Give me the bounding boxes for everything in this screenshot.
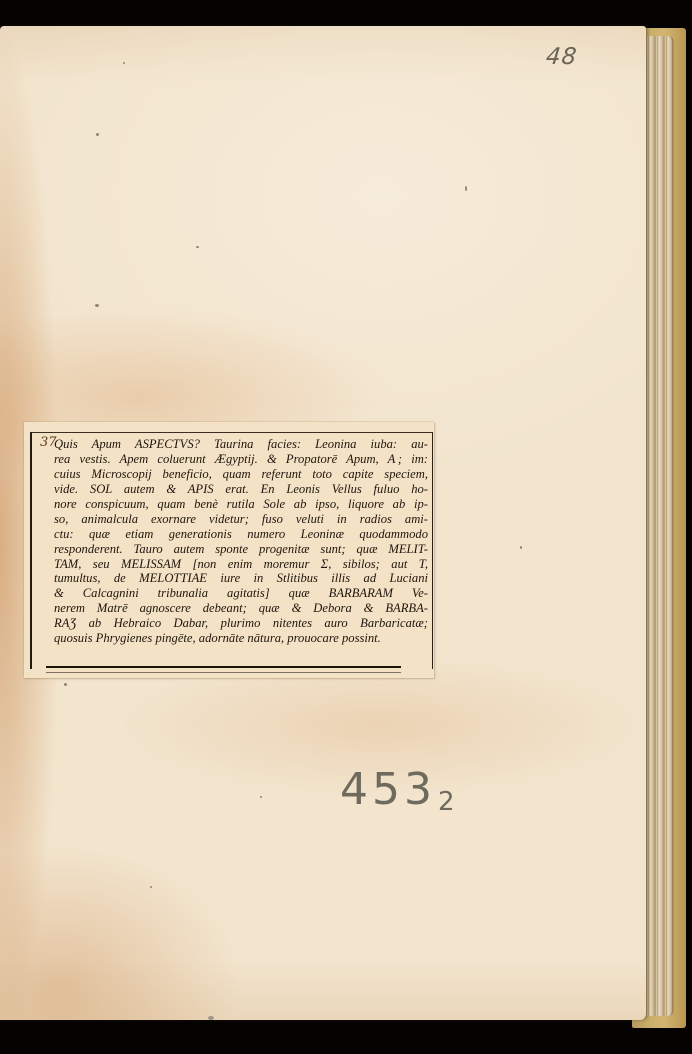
paper-speck [196,246,199,248]
text-line: RAƷ ab Hebraico Dabar, plurimo nitentes … [54,616,428,631]
document-photo: 48 4532 37 Quis Apum ASPECTVS? Taurina f… [0,0,692,1054]
text-line: & Calcagnini tribunalia agitatis] quæ BA… [54,586,428,601]
inventory-number-suffix: 2 [438,787,459,817]
text-line: so, animalcula exornare videtur; fuso ve… [54,512,428,527]
text-line: nore conspicuum, quam benè rutila Sole a… [54,497,428,512]
manuscript-page: 48 4532 37 Quis Apum ASPECTVS? Taurina f… [0,26,646,1020]
handwritten-inventory-number: 4532 [340,768,459,815]
inventory-number-main: 453 [340,764,436,815]
paper-speck [465,186,467,191]
text-line: vide. SOL autem & APIS erat. En Leonis V… [54,482,428,497]
handwritten-folio-number: 48 [545,44,579,70]
text-line: nerem Matrē agnoscere debeant; quæ & Deb… [54,601,428,616]
printed-rule-secondary [46,672,401,673]
text-line: ctu: quæ etiam generationis numero Leoni… [54,527,428,542]
paper-speck [64,683,67,686]
paper-speck [150,886,152,888]
paper-speck [520,546,522,549]
text-line: tumultus, de MELOTTIAE iure in Stlitibus… [54,571,428,586]
paper-speck [95,304,99,307]
text-line: rea vestis. Apem coluerunt Ægyptij. & Pr… [54,452,428,467]
clipping-frame-border: 37 Quis Apum ASPECTVS? Taurina facies: L… [30,432,433,669]
printed-rule [46,666,401,668]
paper-speck [260,796,262,798]
text-line: TAM, seu MELISSAM [non enim moremur Σ, s… [54,557,428,572]
text-line: cuius Microscopij beneficio, quam referu… [54,467,428,482]
clipping-text-block: Quis Apum ASPECTVS? Taurina facies: Leon… [54,437,428,646]
paper-speck [96,133,99,136]
text-line: responderent. Tauro autem sponte progeni… [54,542,428,557]
text-line: Quis Apum ASPECTVS? Taurina facies: Leon… [54,437,428,452]
pasted-printed-clipping: 37 Quis Apum ASPECTVS? Taurina facies: L… [24,422,434,678]
paper-speck [208,1016,214,1020]
paper-speck [123,62,125,64]
text-line: quosuis Phrygienes pingēte, adornāte nāt… [54,631,428,646]
